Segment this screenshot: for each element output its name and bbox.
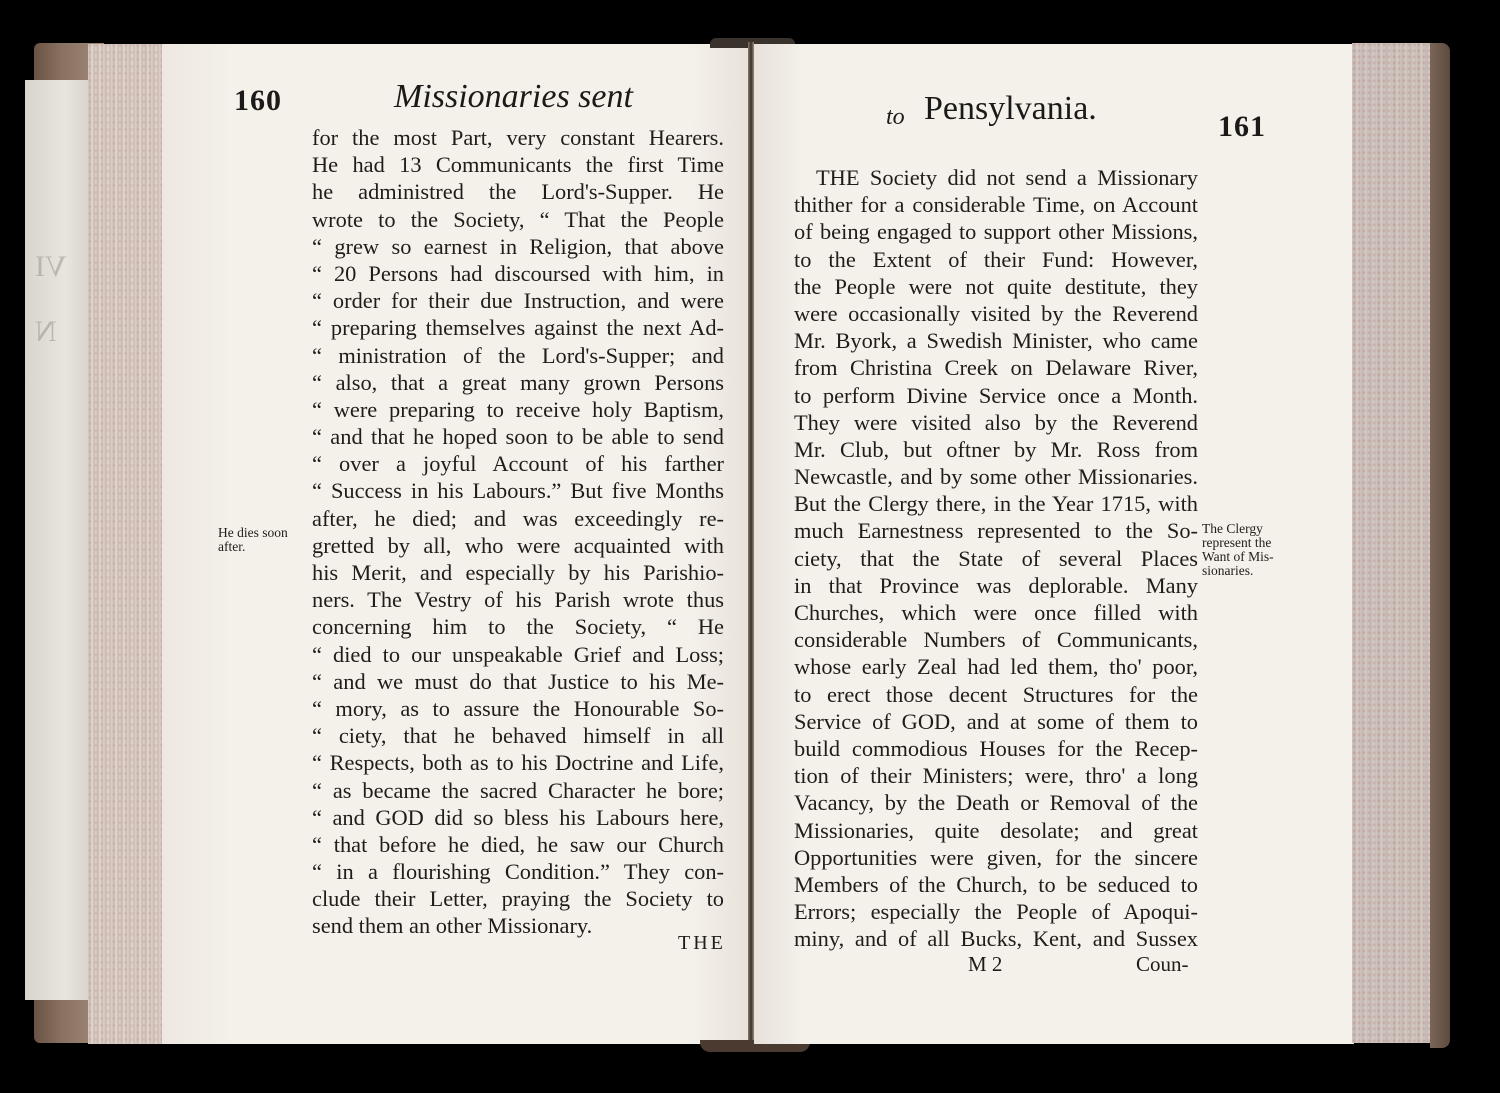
text-line: “ also, that a great many grown Persons — [312, 369, 724, 396]
text-line: “ mory, as to assure the Honourable So- — [312, 695, 724, 722]
catchword-left: THE — [678, 932, 726, 955]
text-line: “ Success in his Labours.” But five Mont… — [312, 477, 724, 504]
text-line: to erect those decent Structures for the — [794, 681, 1198, 708]
text-line: from Christina Creek on Delaware River, — [794, 354, 1198, 381]
text-line: miny, and of all Bucks, Kent, and Sussex — [794, 925, 1198, 952]
text-line: Churches, which were once filled with — [794, 599, 1198, 626]
text-line: “ that before he died, he saw our Church — [312, 831, 724, 858]
text-line: of being engaged to support other Missio… — [794, 218, 1198, 245]
text-line: “ and that he hoped soon to be able to s… — [312, 423, 724, 450]
text-line: Missionaries, quite desolate; and great — [794, 817, 1198, 844]
text-line: his Merit, and especially by his Parishi… — [312, 559, 724, 586]
text-line: “ grew so earnest in Religion, that abov… — [312, 233, 724, 260]
text-line: build commodious Houses for the Recep- — [794, 735, 1198, 762]
text-line: Mr. Byork, a Swedish Minister, who came — [794, 327, 1198, 354]
text-line: wrote to the Society, “ That the People — [312, 206, 724, 233]
text-line: thither for a considerable Time, on Acco… — [794, 191, 1198, 218]
text-line: “ ministration of the Lord's-Supper; and — [312, 342, 724, 369]
marginal-note-line: represent the — [1202, 536, 1274, 550]
show-through-text: VI — [35, 250, 67, 284]
marginal-note-right: The Clergy represent the Want of Mis- si… — [1202, 522, 1274, 578]
running-head-prefix: to — [886, 104, 905, 131]
text-line: But the Clergy there, in the Year 1715, … — [794, 490, 1198, 517]
body-text-right: THE Society did not send a Missionary th… — [794, 164, 1198, 952]
text-line: “ preparing themselves against the next … — [312, 314, 724, 341]
right-cover-board — [1430, 43, 1450, 1048]
catchword-right: Coun- — [1136, 952, 1189, 977]
text-line: “ and we must do that Justice to his Me- — [312, 668, 724, 695]
text-line: Errors; especially the People of Apoqui- — [794, 898, 1198, 925]
text-line: “ ciety, that he behaved himself in all — [312, 722, 724, 749]
text-line: for the most Part, very constant Hearers… — [312, 124, 724, 151]
text-line: He had 13 Communicants the first Time — [312, 151, 724, 178]
text-line: “ in a flourishing Condition.” They con- — [312, 858, 724, 885]
marginal-note-left: He dies soon after. — [218, 526, 288, 554]
text-line: gretted by all, who were acquainted with — [312, 532, 724, 559]
body-text-left: for the most Part, very constant Hearers… — [312, 124, 724, 940]
page-number-left: 160 — [234, 84, 282, 118]
marginal-note-line: after. — [218, 540, 288, 554]
marginal-note-line: He dies soon — [218, 526, 288, 540]
text-line: ners. The Vestry of his Parish wrote thu… — [312, 586, 724, 613]
text-line: THE Society did not send a Missionary — [794, 164, 1198, 191]
page-number-right: 161 — [1218, 110, 1266, 144]
text-line: Mr. Club, but oftner by Mr. Ross from — [794, 436, 1198, 463]
marginal-note-line: Want of Mis- — [1202, 550, 1274, 564]
right-page: to Pensylvania. 161 THE Society did not … — [754, 44, 1354, 1044]
text-line: much Earnestness represented to the So- — [794, 517, 1198, 544]
left-folded-leaf: VI N — [25, 80, 93, 1000]
text-line: “ order for their due Instruction, and w… — [312, 287, 724, 314]
text-line: Members of the Church, to be seduced to — [794, 871, 1198, 898]
text-line: clude their Letter, praying the Society … — [312, 885, 724, 912]
text-line: were occasionally visited by the Reveren… — [794, 300, 1198, 327]
text-line: Service of GOD, and at some of them to — [794, 708, 1198, 735]
text-line: whose early Zeal had led them, tho' poor… — [794, 653, 1198, 680]
text-line: “ as became the sacred Character he bore… — [312, 777, 724, 804]
text-line: Newcastle, and by some other Missionarie… — [794, 463, 1198, 490]
text-line: ciety, that the State of several Places — [794, 545, 1198, 572]
open-book: VI N 160 Missionaries sent He dies soon … — [0, 0, 1500, 1093]
text-line: They were visited also by the Reverend — [794, 409, 1198, 436]
text-line: concerning him to the Society, “ He — [312, 613, 724, 640]
text-line: to the Extent of their Fund: However, — [794, 246, 1198, 273]
text-line: Vacancy, by the Death or Removal of the — [794, 789, 1198, 816]
text-line: after, he died; and was exceedingly re- — [312, 505, 724, 532]
show-through-text: N — [35, 315, 57, 349]
text-line: “ and GOD did so bless his Labours here, — [312, 804, 724, 831]
text-line: “ over a joyful Account of his farther — [312, 450, 724, 477]
marginal-note-line: sionaries. — [1202, 564, 1274, 578]
text-line: tion of their Ministers; were, thro' a l… — [794, 762, 1198, 789]
text-line: he administred the Lord's-Supper. He — [312, 178, 724, 205]
running-head-left: Missionaries sent — [394, 78, 633, 116]
signature-mark: M 2 — [968, 952, 1002, 977]
text-line: Opportunities were given, for the sincer… — [794, 844, 1198, 871]
text-line: “ 20 Persons had discoursed with him, in — [312, 260, 724, 287]
text-line: “ were preparing to receive holy Baptism… — [312, 396, 724, 423]
marginal-note-line: The Clergy — [1202, 522, 1274, 536]
text-line: considerable Numbers of Communicants, — [794, 626, 1198, 653]
text-line: to perform Divine Service once a Month. — [794, 382, 1198, 409]
text-line: send them an other Missionary. — [312, 912, 724, 939]
text-line: “ Respects, both as to his Doctrine and … — [312, 749, 724, 776]
left-page-edges — [88, 44, 163, 1044]
text-line: the People were not quite destitute, the… — [794, 273, 1198, 300]
running-head-right: Pensylvania. — [924, 90, 1097, 128]
text-line: “ died to our unspeakable Grief and Loss… — [312, 641, 724, 668]
right-page-edges — [1352, 43, 1432, 1043]
text-line: in that Province was deplorable. Many — [794, 572, 1198, 599]
left-page: 160 Missionaries sent He dies soon after… — [162, 44, 750, 1044]
